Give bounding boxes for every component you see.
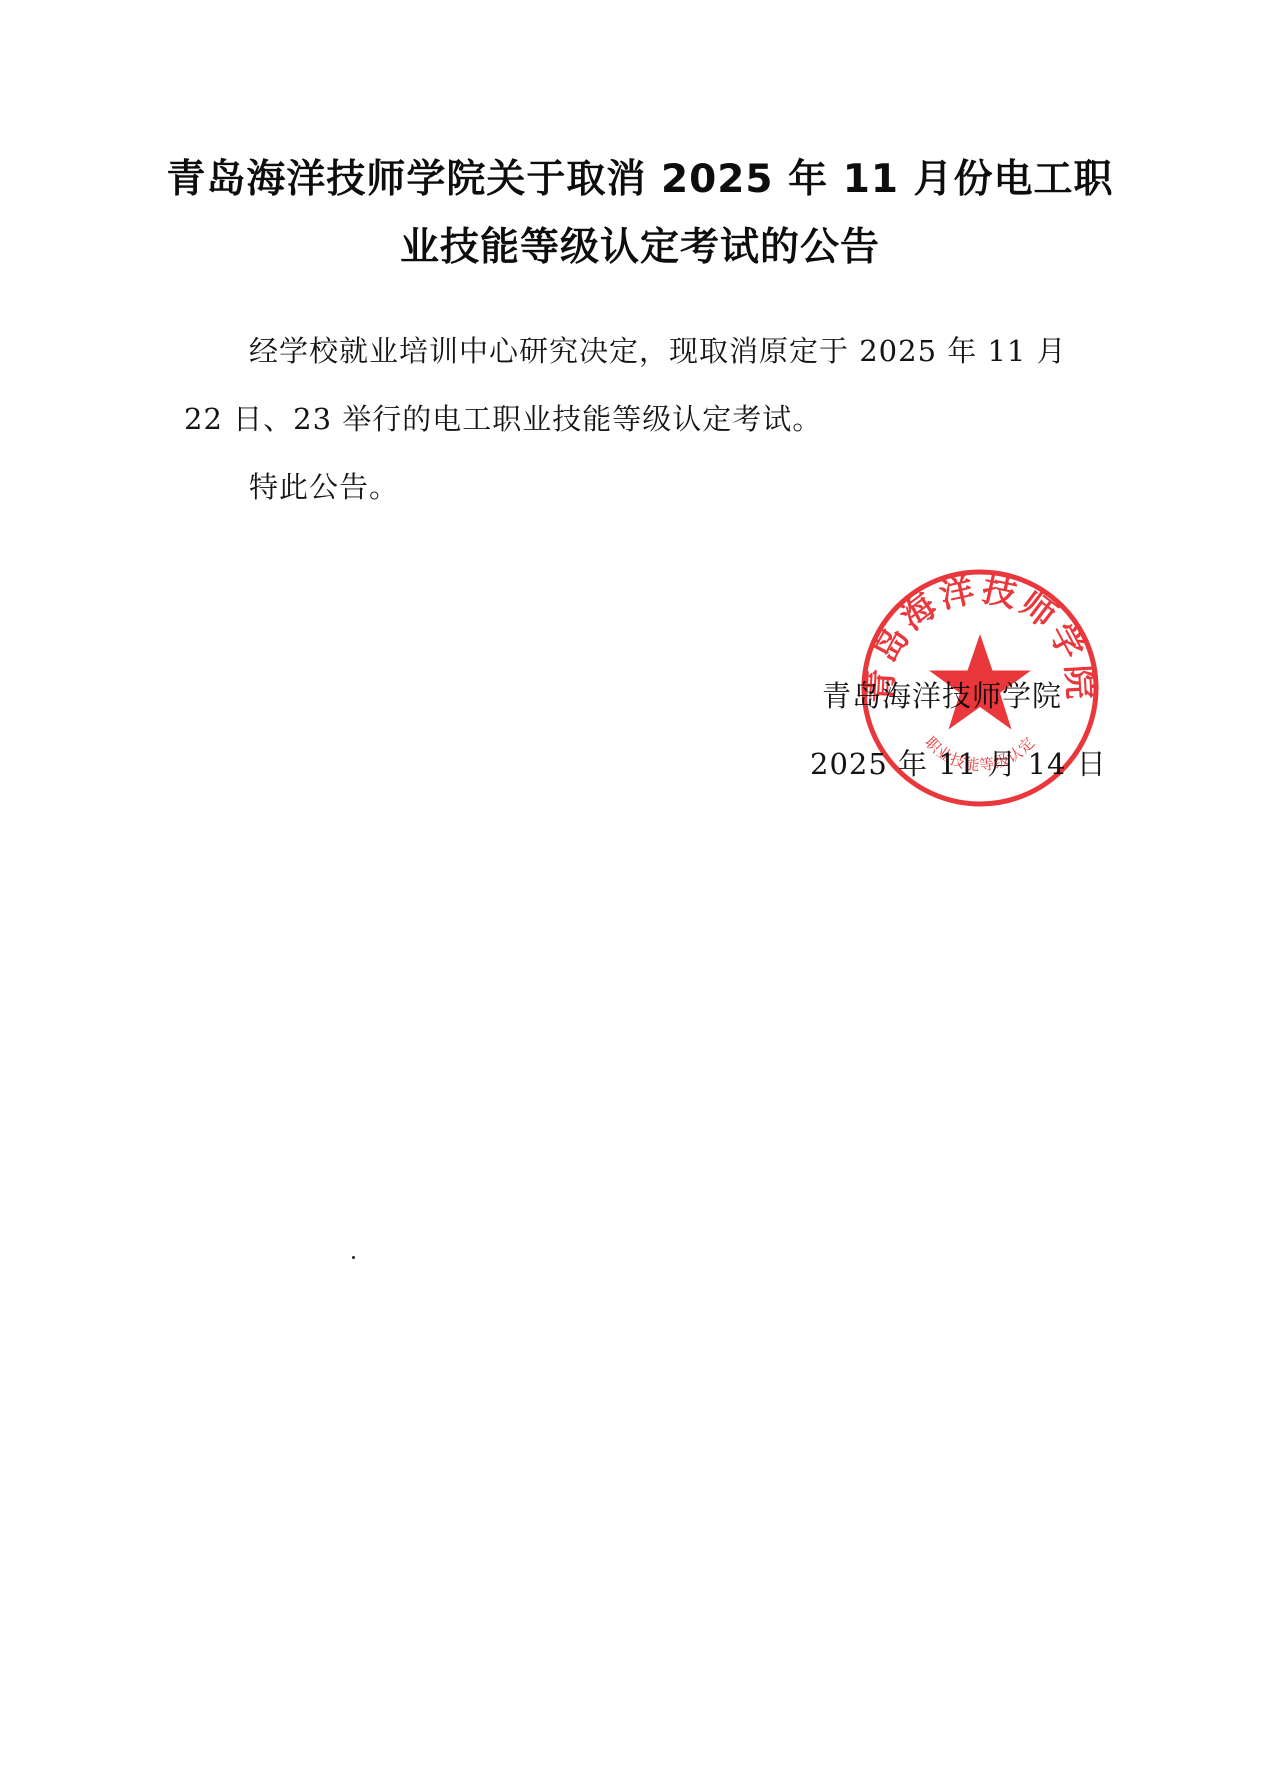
body-paragraph-2: 特此公告。 xyxy=(249,473,399,502)
document-page: 青岛海洋技师学院关于取消 2025 年 11 月份电工职 业技能等级认定考试的公… xyxy=(0,0,1280,1768)
star-icon xyxy=(929,634,1031,730)
document-title-line-2: 业技能等级认定考试的公告 xyxy=(0,228,1280,267)
document-title-line-1: 青岛海洋技师学院关于取消 2025 年 11 月份电工职 xyxy=(0,160,1280,199)
stamp-inner-text: 职业技能等级认定 xyxy=(921,733,1039,774)
body-paragraph-1-line-2: 22 日、23 举行的电工职业技能等级认定考试。 xyxy=(184,405,822,434)
official-seal-stamp: 青岛海洋技师学院 职业技能等级认定 xyxy=(858,566,1102,810)
scan-artifact-dot xyxy=(352,1256,355,1259)
body-paragraph-1-line-1: 经学校就业培训中心研究决定，现取消原定于 2025 年 11 月 xyxy=(249,337,1067,366)
